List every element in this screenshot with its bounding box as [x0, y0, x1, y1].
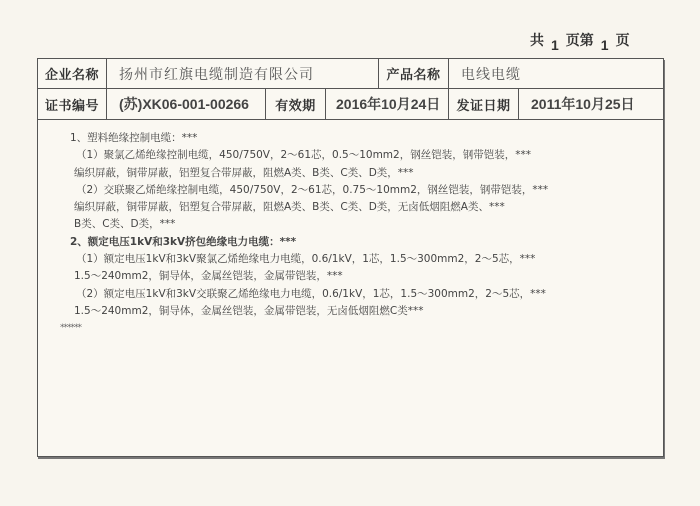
page-total-suffix: 页第: [566, 33, 594, 49]
issue-date-value: 2011年10月25日: [519, 89, 663, 120]
scope-line: （2）额定电压1kV和3kV交联聚乙烯绝缘电力电缆，0.6/1kV，1芯，1.5…: [60, 286, 653, 303]
issue-date-label: 发证日期: [449, 89, 519, 120]
valid-value: 2016年10月24日: [326, 89, 449, 120]
cert-no-label: 证书编号: [38, 89, 107, 120]
scope-line: （1）额定电压1kV和3kV聚氯乙烯绝缘电力电缆，0.6/1kV，1芯，1.5～…: [60, 251, 653, 268]
scope-line: 1.5～240mm2，铜导体，金属丝铠装，金属带铠装，无卤低烟阻燃C类***: [60, 303, 653, 320]
page-total: 1: [551, 37, 559, 53]
page-current: 1: [601, 37, 609, 53]
scope-line: 编织屏蔽，铜带屏蔽，铝塑复合带屏蔽，阻燃A类、B类、C类、D类，***: [60, 165, 653, 182]
product-value: 电线电缆: [449, 59, 663, 89]
product-label: 产品名称: [379, 59, 449, 89]
scope-line: 2、额定电压1kV和3kV挤包绝缘电力电缆：***: [60, 234, 653, 251]
scope-line: 1.5～240mm2，铜导体，金属丝铠装，金属带铠装，***: [60, 268, 653, 285]
page-current-suffix: 页: [616, 33, 630, 49]
page-counter: 共1页第1页: [530, 30, 630, 50]
page-total-prefix: 共: [530, 33, 544, 49]
scope-terminator: ******: [60, 320, 653, 337]
scope-line: B类、C类、D类，***: [60, 216, 653, 233]
scope-line: 1、塑料绝缘控制电缆：***: [60, 130, 653, 147]
scope-line: （1）聚氯乙烯绝缘控制电缆，450/750V，2～61芯，0.5～10mm2，钢…: [60, 147, 653, 164]
certificate-sheet: 企业名称 扬州市红旗电缆制造有限公司 产品名称 电线电缆 证书编号 (苏)XK0…: [37, 58, 664, 457]
cert-no-value: (苏)XK06-001-00266: [107, 89, 266, 120]
company-value: 扬州市红旗电缆制造有限公司: [107, 59, 379, 89]
scope-line: （2）交联聚乙烯绝缘控制电缆，450/750V，2～61芯，0.75～10mm2…: [60, 182, 653, 199]
company-label: 企业名称: [38, 59, 107, 89]
scope-line: 编织屏蔽，铜带屏蔽，铝塑复合带屏蔽，阻燃A类、B类、C类、D类，无卤低烟阻燃A类…: [60, 199, 653, 216]
scope-content: 1、塑料绝缘控制电缆：*** （1）聚氯乙烯绝缘控制电缆，450/750V，2～…: [60, 130, 653, 338]
valid-label: 有效期: [266, 89, 326, 120]
